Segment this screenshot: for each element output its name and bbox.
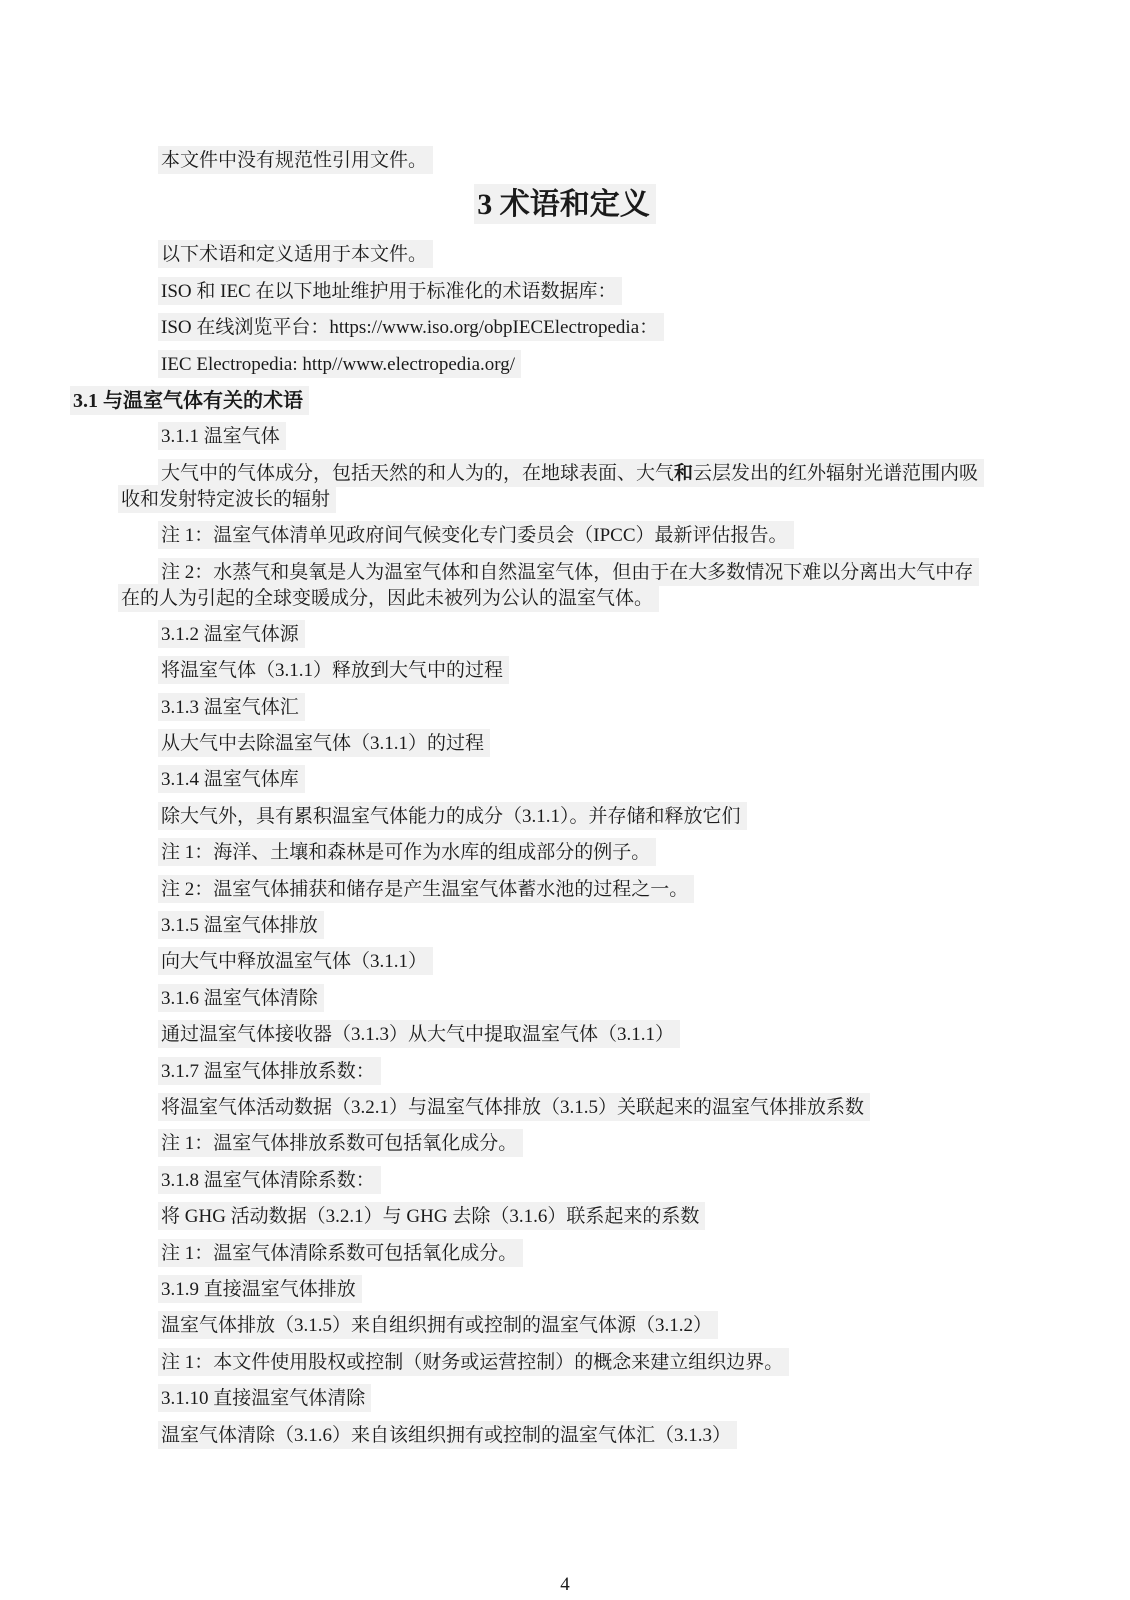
definition-text: 温室气体排放（3.1.5）来自组织拥有或控制的温室气体源（3.1.2） [158, 1311, 718, 1339]
definition-text: 将温室气体（3.1.1）释放到大气中的过程 [158, 656, 509, 684]
term-definition: 温室气体清除（3.1.6）来自该组织拥有或控制的温室气体汇（3.1.3） [0, 1423, 1130, 1449]
paragraph-iso-obp-url: ISO 在线浏览平台：https://www.iso.org/obpIECEle… [0, 315, 1130, 341]
definition-text: 将 GHG 活动数据（3.2.1）与 GHG 去除（3.1.6）联系起来的系数 [158, 1202, 705, 1230]
term-definition: 除大气外，具有累积温室气体能力的成分（3.1.1）。并存储和释放它们 [0, 804, 1130, 830]
term-title-line: 3.1.1 温室气体 [158, 424, 1130, 450]
chapter-heading-text: 3 术语和定义 [474, 184, 656, 224]
page-number: 4 [0, 1572, 1130, 1598]
term-title: 3.1.7 温室气体排放系数： [0, 1059, 1130, 1085]
term-title-text: 3.1.7 温室气体排放系数： [158, 1057, 381, 1085]
term-title-text: 3.1.9 直接温室气体排放 [158, 1275, 362, 1303]
definition-text: 收和发射特定波长的辐射 [118, 485, 336, 513]
section-heading-text: 3.1 与温室气体有关的术语 [70, 386, 309, 415]
definition-text-bold: 和 [674, 463, 693, 484]
term-title-text: 3.1.4 温室气体库 [158, 765, 305, 793]
definition-line: 向大气中释放温室气体（3.1.1） [158, 949, 1130, 975]
definition-line-2: 收和发射特定波长的辐射 [118, 487, 1130, 513]
note-line-2: 在的人为引起的全球变暖成分，因此未被列为公认的温室气体。 [118, 586, 1130, 612]
paragraph-line: ISO 和 IEC 在以下地址维护用于标准化的术语数据库： [158, 279, 1130, 305]
note-line: 注 1：温室气体排放系数可包括氧化成分。 [158, 1131, 1130, 1157]
note-line: 注 1：温室气体清除系数可包括氧化成分。 [158, 1241, 1130, 1267]
term-definition: 通过温室气体接收器（3.1.3）从大气中提取温室气体（3.1.1） [0, 1022, 1130, 1048]
term-title: 3.1.2 温室气体源 [0, 622, 1130, 648]
term-3-1-1: 3.1.1 温室气体 大气中的气体成分，包括天然的和人为的，在地球表面、大气和云… [0, 424, 1130, 611]
definition-line-1: 大气中的气体成分，包括天然的和人为的，在地球表面、大气和云层发出的红外辐射光谱范… [158, 461, 1130, 487]
term-title-line: 3.1.8 温室气体清除系数： [158, 1168, 1130, 1194]
note-line: 注 1：温室气体清单见政府间气候变化专门委员会（IPCC）最新评估报告。 [158, 523, 1130, 549]
term-note-2: 注 2：水蒸气和臭氧是人为温室气体和自然温室气体，但由于在大多数情况下难以分离出… [0, 560, 1130, 612]
term-note-2: 注 2：温室气体捕获和储存是产生温室气体蓄水池的过程之一。 [0, 877, 1130, 903]
term-title-text: 3.1.3 温室气体汇 [158, 693, 305, 721]
term-definition: 温室气体排放（3.1.5）来自组织拥有或控制的温室气体源（3.1.2） [0, 1313, 1130, 1339]
definition-line: 温室气体排放（3.1.5）来自组织拥有或控制的温室气体源（3.1.2） [158, 1313, 1130, 1339]
term-title: 3.1.6 温室气体清除 [0, 986, 1130, 1012]
definition-line: 从大气中去除温室气体（3.1.1）的过程 [158, 731, 1130, 757]
term-title-line: 3.1.4 温室气体库 [158, 767, 1130, 793]
paragraph-text: 本文件中没有规范性引用文件。 [158, 146, 433, 174]
term-title: 3.1.5 温室气体排放 [0, 913, 1130, 939]
term-title-text: 3.1.5 温室气体排放 [158, 911, 324, 939]
term-definition: 向大气中释放温室气体（3.1.1） [0, 949, 1130, 975]
term-title: 3.1.1 温室气体 [0, 424, 1130, 450]
definition-text: 温室气体清除（3.1.6）来自该组织拥有或控制的温室气体汇（3.1.3） [158, 1421, 737, 1449]
term-title: 3.1.4 温室气体库 [0, 767, 1130, 793]
term-3-1-2: 3.1.2 温室气体源 将温室气体（3.1.1）释放到大气中的过程 [0, 622, 1130, 684]
term-title-line: 3.1.9 直接温室气体排放 [158, 1277, 1130, 1303]
term-definition: 大气中的气体成分，包括天然的和人为的，在地球表面、大气和云层发出的红外辐射光谱范… [0, 461, 1130, 513]
paragraph-line: ISO 在线浏览平台：https://www.iso.org/obpIECEle… [158, 315, 1130, 341]
term-title-line: 3.1.6 温室气体清除 [158, 986, 1130, 1012]
term-3-1-5: 3.1.5 温室气体排放 向大气中释放温室气体（3.1.1） [0, 913, 1130, 975]
page-number-text: 4 [560, 1574, 570, 1595]
note-text: 注 1：本文件使用股权或控制（财务或运营控制）的概念来建立组织边界。 [158, 1348, 789, 1376]
term-note-1: 注 1：本文件使用股权或控制（财务或运营控制）的概念来建立组织边界。 [0, 1350, 1130, 1376]
term-3-1-6: 3.1.6 温室气体清除 通过温室气体接收器（3.1.3）从大气中提取温室气体（… [0, 986, 1130, 1048]
page-body: 本文件中没有规范性引用文件。 3 术语和定义 以下术语和定义适用于本文件。 IS… [0, 0, 1130, 1449]
term-title: 3.1.10 直接温室气体清除 [0, 1386, 1130, 1412]
term-title-line: 3.1.3 温室气体汇 [158, 695, 1130, 721]
definition-line: 将温室气体（3.1.1）释放到大气中的过程 [158, 658, 1130, 684]
term-3-1-8: 3.1.8 温室气体清除系数： 将 GHG 活动数据（3.2.1）与 GHG 去… [0, 1168, 1130, 1267]
term-3-1-7: 3.1.7 温室气体排放系数： 将温室气体活动数据（3.2.1）与温室气体排放（… [0, 1059, 1130, 1158]
definition-line: 温室气体清除（3.1.6）来自该组织拥有或控制的温室气体汇（3.1.3） [158, 1423, 1130, 1449]
term-3-1-10: 3.1.10 直接温室气体清除 温室气体清除（3.1.6）来自该组织拥有或控制的… [0, 1386, 1130, 1448]
definition-text-pre: 大气中的气体成分，包括天然的和人为的，在地球表面、大气 [161, 463, 674, 484]
paragraph-no-normative-refs: 本文件中没有规范性引用文件。 [0, 148, 1130, 174]
definition-text: 将温室气体活动数据（3.2.1）与温室气体排放（3.1.5）关联起来的温室气体排… [158, 1093, 870, 1121]
term-title-line: 3.1.2 温室气体源 [158, 622, 1130, 648]
definition-text-post: 云层发出的红外辐射光谱范围内吸 [693, 463, 978, 484]
paragraph-line: IEC Electropedia: http//www.electropedia… [158, 352, 1130, 378]
term-title-line: 3.1.10 直接温室气体清除 [158, 1386, 1130, 1412]
term-3-1-4: 3.1.4 温室气体库 除大气外，具有累积温室气体能力的成分（3.1.1）。并存… [0, 767, 1130, 902]
definition-line: 除大气外，具有累积温室气体能力的成分（3.1.1）。并存储和释放它们 [158, 804, 1130, 830]
chapter-heading: 3 术语和定义 [0, 184, 1130, 226]
document-page: { "page": { "number": "4", "background":… [0, 0, 1130, 1600]
paragraph-line: 以下术语和定义适用于本文件。 [158, 242, 1130, 268]
note-text: 注 1：温室气体清除系数可包括氧化成分。 [158, 1239, 523, 1267]
term-definition: 将温室气体（3.1.1）释放到大气中的过程 [0, 658, 1130, 684]
term-title-text: 3.1.8 温室气体清除系数： [158, 1166, 381, 1194]
url-text: ISO 在线浏览平台：https://www.iso.org/obpIECEle… [158, 313, 664, 341]
paragraph-text: 以下术语和定义适用于本文件。 [158, 240, 433, 268]
term-title-text: 3.1.6 温室气体清除 [158, 984, 324, 1012]
term-definition: 从大气中去除温室气体（3.1.1）的过程 [0, 731, 1130, 757]
term-title-line: 3.1.5 温室气体排放 [158, 913, 1130, 939]
definition-line: 将 GHG 活动数据（3.2.1）与 GHG 去除（3.1.6）联系起来的系数 [158, 1204, 1130, 1230]
paragraph-text: ISO 和 IEC 在以下地址维护用于标准化的术语数据库： [158, 277, 622, 305]
note-line: 注 1：本文件使用股权或控制（财务或运营控制）的概念来建立组织边界。 [158, 1350, 1130, 1376]
term-title-line: 3.1.7 温室气体排放系数： [158, 1059, 1130, 1085]
term-3-1-3: 3.1.3 温室气体汇 从大气中去除温室气体（3.1.1）的过程 [0, 695, 1130, 757]
note-text: 在的人为引起的全球变暖成分，因此未被列为公认的温室气体。 [118, 584, 659, 612]
note-text: 注 1：温室气体排放系数可包括氧化成分。 [158, 1129, 523, 1157]
paragraph-iso-iec-databases: ISO 和 IEC 在以下地址维护用于标准化的术语数据库： [0, 279, 1130, 305]
term-note-1: 注 1：温室气体清除系数可包括氧化成分。 [0, 1241, 1130, 1267]
definition-line: 通过温室气体接收器（3.1.3）从大气中提取温室气体（3.1.1） [158, 1022, 1130, 1048]
term-note-1: 注 1：温室气体排放系数可包括氧化成分。 [0, 1131, 1130, 1157]
term-definition: 将温室气体活动数据（3.2.1）与温室气体排放（3.1.5）关联起来的温室气体排… [0, 1095, 1130, 1121]
term-definition: 将 GHG 活动数据（3.2.1）与 GHG 去除（3.1.6）联系起来的系数 [0, 1204, 1130, 1230]
term-title: 3.1.3 温室气体汇 [0, 695, 1130, 721]
term-title-text: 3.1.10 直接温室气体清除 [158, 1384, 371, 1412]
note-line: 注 2：温室气体捕获和储存是产生温室气体蓄水池的过程之一。 [158, 877, 1130, 903]
note-line: 注 1：海洋、土壤和森林是可作为水库的组成部分的例子。 [158, 840, 1130, 866]
section-heading-line: 3.1 与温室气体有关的术语 [70, 388, 1130, 414]
section-heading-3-1: 3.1 与温室气体有关的术语 [0, 388, 1130, 414]
definition-text: 大气中的气体成分，包括天然的和人为的，在地球表面、大气和云层发出的红外辐射光谱范… [158, 459, 984, 487]
definition-text: 通过温室气体接收器（3.1.3）从大气中提取温室气体（3.1.1） [158, 1020, 680, 1048]
note-text: 注 2：温室气体捕获和储存是产生温室气体蓄水池的过程之一。 [158, 875, 694, 903]
term-note-1: 注 1：海洋、土壤和森林是可作为水库的组成部分的例子。 [0, 840, 1130, 866]
term-title: 3.1.9 直接温室气体排放 [0, 1277, 1130, 1303]
term-note-1: 注 1：温室气体清单见政府间气候变化专门委员会（IPCC）最新评估报告。 [0, 523, 1130, 549]
note-text: 注 2：水蒸气和臭氧是人为温室气体和自然温室气体，但由于在大多数情况下难以分离出… [158, 558, 979, 586]
definition-line: 将温室气体活动数据（3.2.1）与温室气体排放（3.1.5）关联起来的温室气体排… [158, 1095, 1130, 1121]
term-title: 3.1.8 温室气体清除系数： [0, 1168, 1130, 1194]
note-text: 注 1：海洋、土壤和森林是可作为水库的组成部分的例子。 [158, 838, 656, 866]
term-title-text: 3.1.2 温室气体源 [158, 620, 305, 648]
definition-text: 除大气外，具有累积温室气体能力的成分（3.1.1）。并存储和释放它们 [158, 802, 747, 830]
paragraph-line: 本文件中没有规范性引用文件。 [158, 148, 1130, 174]
definition-text: 向大气中释放温室气体（3.1.1） [158, 947, 433, 975]
term-3-1-9: 3.1.9 直接温室气体排放 温室气体排放（3.1.5）来自组织拥有或控制的温室… [0, 1277, 1130, 1376]
definition-text: 从大气中去除温室气体（3.1.1）的过程 [158, 729, 490, 757]
url-text: IEC Electropedia: http//www.electropedia… [158, 350, 521, 378]
note-line-1: 注 2：水蒸气和臭氧是人为温室气体和自然温室气体，但由于在大多数情况下难以分离出… [158, 560, 1130, 586]
paragraph-iec-electropedia-url: IEC Electropedia: http//www.electropedia… [0, 352, 1130, 378]
note-text: 注 1：温室气体清单见政府间气候变化专门委员会（IPCC）最新评估报告。 [158, 521, 794, 549]
term-title-text: 3.1.1 温室气体 [158, 422, 286, 450]
paragraph-terms-applicable: 以下术语和定义适用于本文件。 [0, 242, 1130, 268]
